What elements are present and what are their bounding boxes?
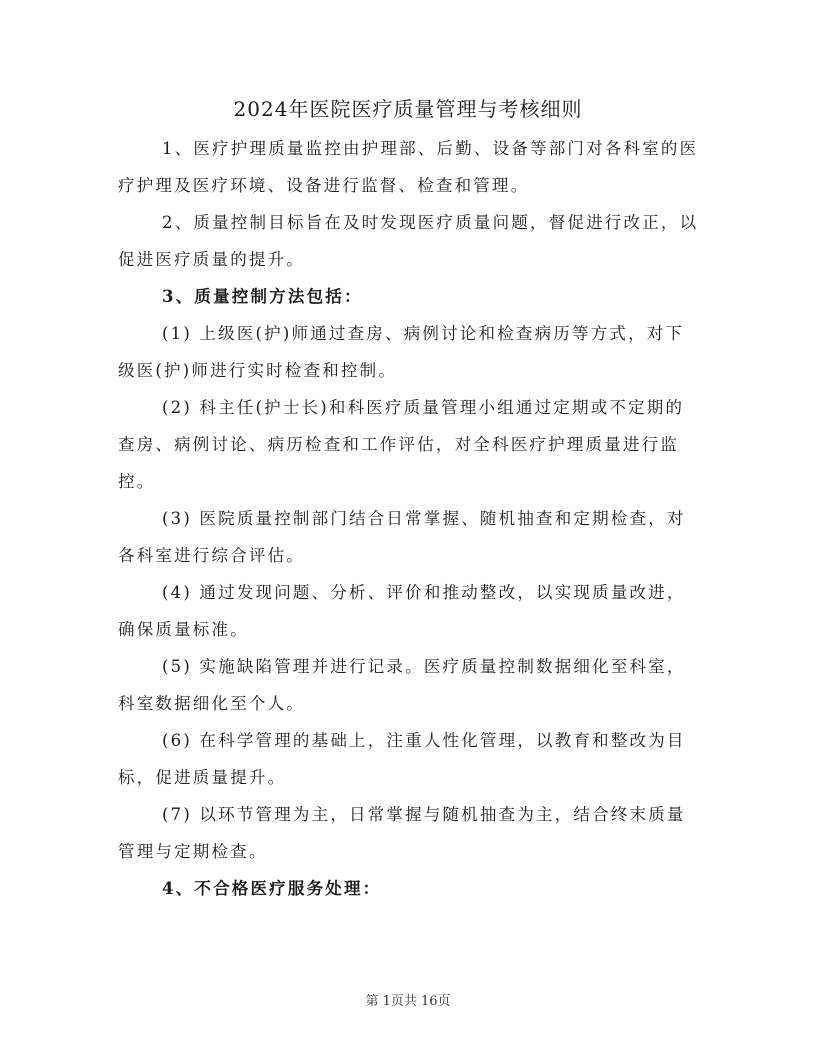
- paragraph-line: 控。: [118, 463, 700, 500]
- paragraph-line: 管理与定期检查。: [118, 833, 700, 870]
- paragraph-line: 确保质量标准。: [118, 611, 700, 648]
- section-heading: 4、不合格医疗服务处理：: [118, 870, 700, 907]
- paragraph-line: 1、医疗护理质量监控由护理部、后勤、设备等部门对各科室的医: [118, 130, 700, 167]
- paragraph-line: 标，促进质量提升。: [118, 759, 700, 796]
- paragraph-line: 2、质量控制目标旨在及时发现医疗质量问题，督促进行改正，以: [118, 204, 700, 241]
- paragraph-line: (4) 通过发现问题、分析、评价和推动整改，以实现质量改进，: [118, 574, 700, 611]
- paragraph-line: (6) 在科学管理的基础上，注重人性化管理，以教育和整改为目: [118, 722, 700, 759]
- page-number: 第 1页共 16页: [0, 990, 816, 1009]
- paragraph-line: (2) 科主任(护士长)和科医疗质量管理小组通过定期或不定期的: [118, 389, 700, 426]
- section-heading: 3、质量控制方法包括：: [118, 278, 700, 315]
- paragraph-line: (1) 上级医(护)师通过查房、病例讨论和检查病历等方式，对下: [118, 315, 700, 352]
- paragraph-line: (5) 实施缺陷管理并进行记录。医疗质量控制数据细化至科室，: [118, 648, 700, 685]
- paragraph-line: 疗护理及医疗环境、设备进行监督、检查和管理。: [118, 167, 700, 204]
- paragraph-line: 级医(护)师进行实时检查和控制。: [118, 352, 700, 389]
- paragraph-line: 科室数据细化至个人。: [118, 685, 700, 722]
- paragraph-line: (7) 以环节管理为主，日常掌握与随机抽查为主，结合终末质量: [118, 796, 700, 833]
- paragraph-line: 各科室进行综合评估。: [118, 537, 700, 574]
- document-title: 2024年医院医疗质量管理与考核细则: [0, 93, 816, 122]
- paragraph-line: (3) 医院质量控制部门结合日常掌握、随机抽查和定期检查，对: [118, 500, 700, 537]
- paragraph-line: 查房、病例讨论、病历检查和工作评估，对全科医疗护理质量进行监: [118, 426, 700, 463]
- paragraph-line: 促进医疗质量的提升。: [118, 241, 700, 278]
